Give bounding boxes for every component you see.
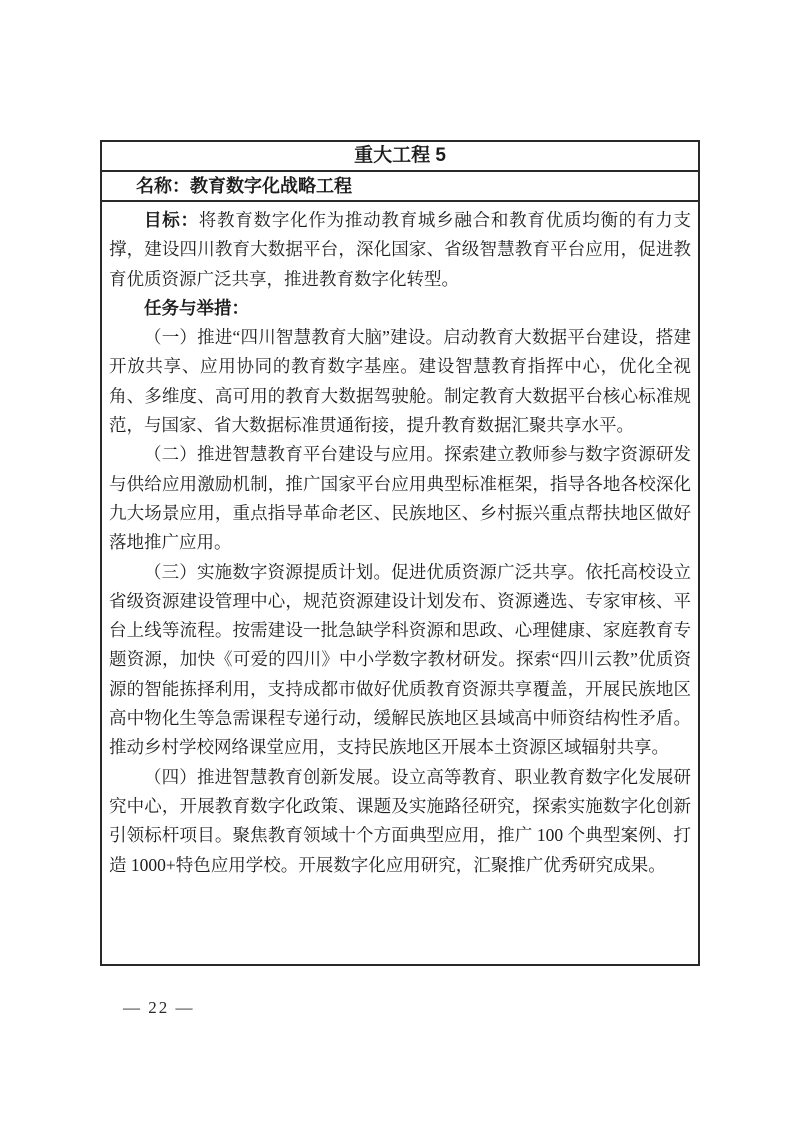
- task-1-lead: （一）推进“四川智慧教育大脑”建设。: [144, 327, 443, 347]
- task-paragraph-4: （四）推进智慧教育创新发展。设立高等教育、职业教育数字化发展研究中心，开展教育数…: [109, 763, 691, 880]
- tasks-heading: 任务与举措：: [109, 294, 691, 323]
- tasks-label: 任务与举措：: [144, 298, 249, 318]
- task-paragraph-3: （三）实施数字资源提质计划。促进优质资源广泛共享。依托高校设立省级资源建设管理中…: [109, 558, 691, 763]
- table-content-cell: 目标：将教育数字化作为推动教育城乡融合和教育优质均衡的有力支撑，建设四川教育大数…: [102, 202, 698, 964]
- page-number: — 22 —: [123, 998, 195, 1018]
- task-4-lead: （四）推进智慧教育创新发展。: [144, 767, 391, 787]
- task-paragraph-2: （二）推进智慧教育平台建设与应用。探索建立教师参与数字资源研发与供给应用激励机制…: [109, 440, 691, 557]
- task-2-lead: （二）推进智慧教育平台建设与应用。: [144, 444, 444, 464]
- goal-label: 目标：: [144, 210, 199, 230]
- task-3-lead: （三）实施数字资源提质计划。: [144, 562, 391, 582]
- document-page: 重大工程 5 名称：教育数字化战略工程 目标：将教育数字化作为推动教育城乡融合和…: [0, 0, 793, 1122]
- task-3-body: 促进优质资源广泛共享。依托高校设立省级资源建设管理中心，规范资源建设计划发布、资…: [109, 562, 691, 758]
- goal-paragraph: 目标：将教育数字化作为推动教育城乡融合和教育优质均衡的有力支撑，建设四川教育大数…: [109, 206, 691, 294]
- table-title-row: 重大工程 5: [102, 142, 698, 172]
- task-paragraph-1: （一）推进“四川智慧教育大脑”建设。启动教育大数据平台建设，搭建开放共享、应用协…: [109, 323, 691, 440]
- table-title: 重大工程 5: [354, 145, 446, 166]
- project-name: 名称：教育数字化战略工程: [136, 176, 352, 196]
- major-project-table: 重大工程 5 名称：教育数字化战略工程 目标：将教育数字化作为推动教育城乡融合和…: [100, 140, 700, 966]
- project-name-row: 名称：教育数字化战略工程: [102, 172, 698, 202]
